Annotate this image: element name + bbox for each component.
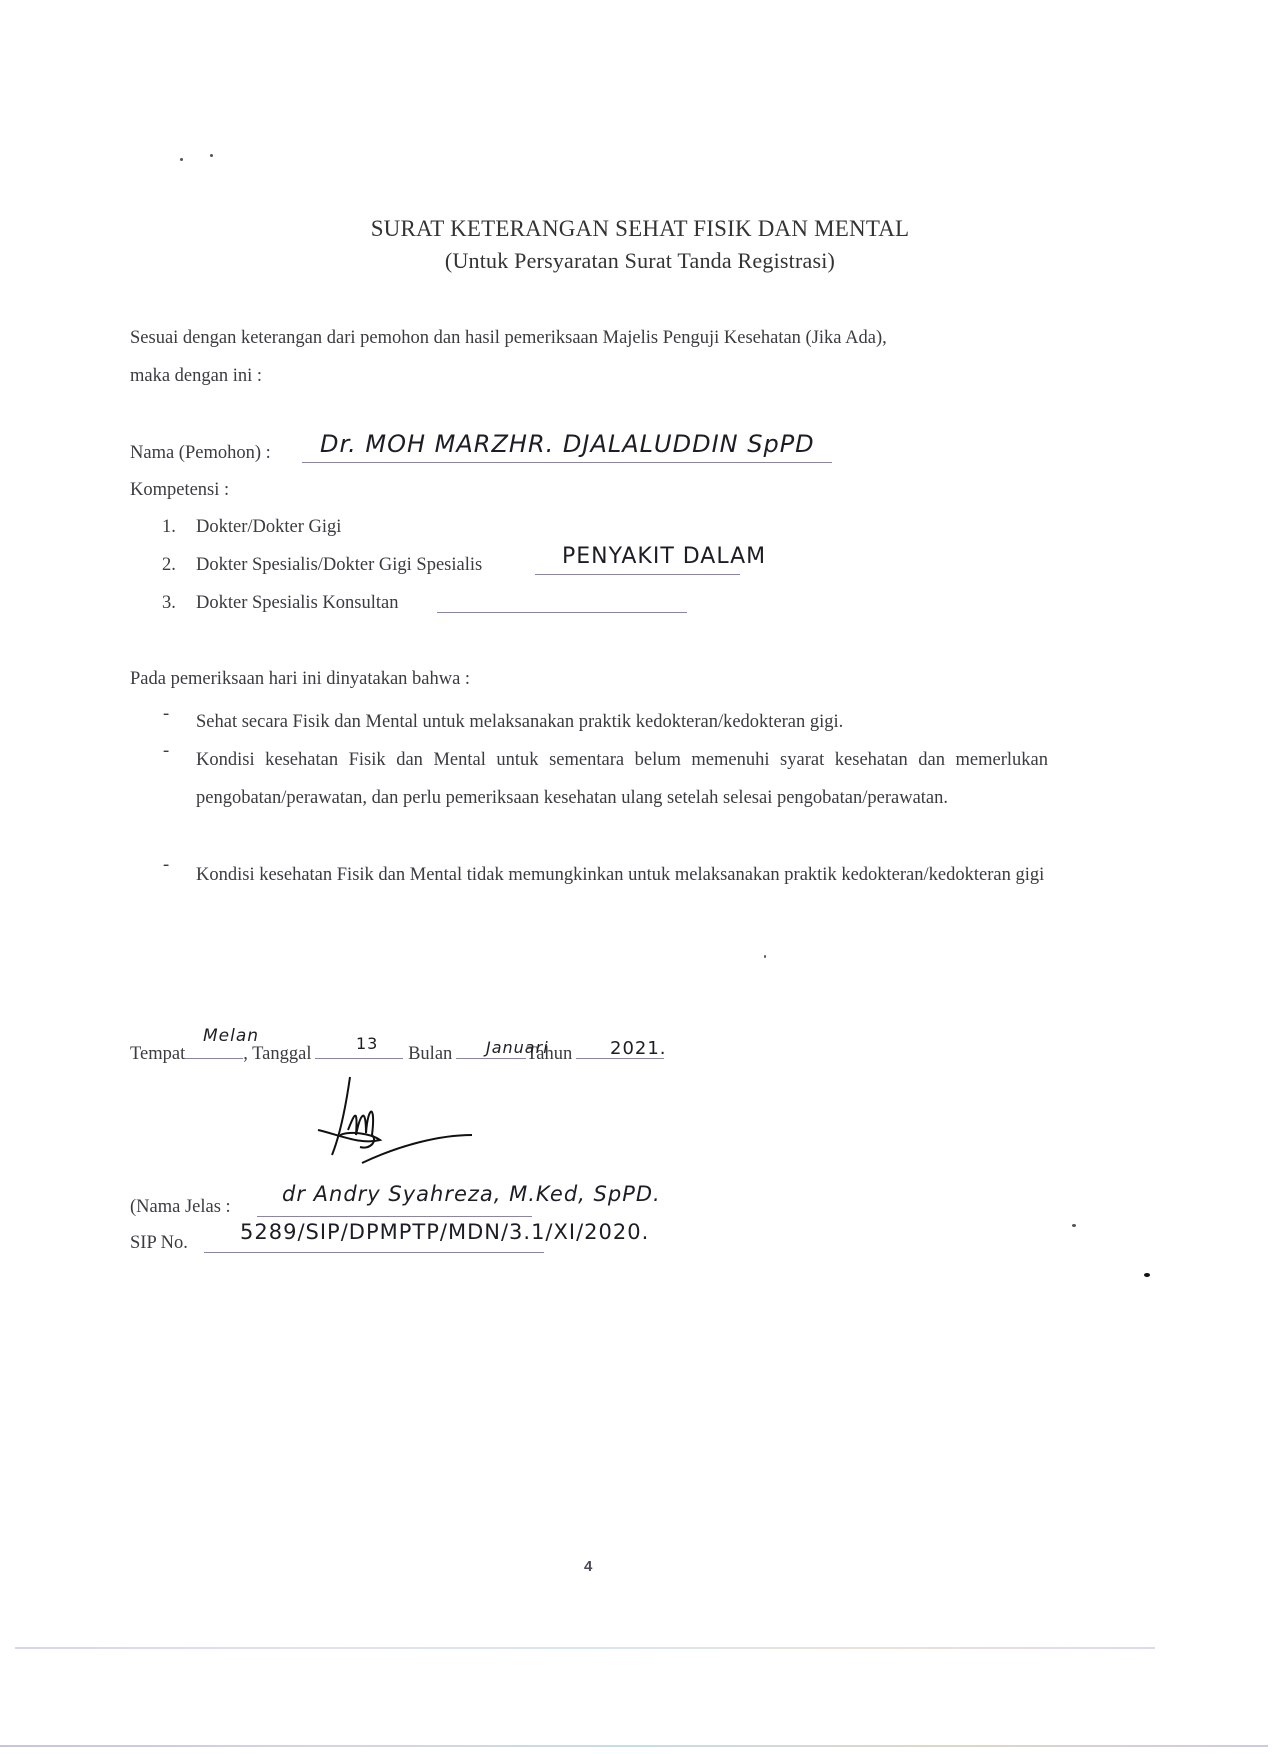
scan-speck (1072, 1224, 1076, 1227)
statement-text: Kondisi kesehatan Fisik dan Mental untuk… (196, 741, 1048, 817)
nama-jelas-label: (Nama Jelas : (130, 1197, 231, 1218)
statement-bullet: - (163, 704, 169, 725)
tanggal-value: 13 (356, 1034, 378, 1053)
bulan-line (456, 1057, 526, 1059)
kompetensi-item: 2.Dokter Spesialis/Dokter Gigi Spesialis (162, 555, 482, 576)
sip-label: SIP No. (130, 1233, 188, 1254)
statement-bullet: - (163, 855, 169, 876)
signature-icon (310, 1075, 480, 1170)
sip-line (204, 1252, 544, 1253)
page-number: 4 (584, 1558, 592, 1575)
scan-speck (1144, 1273, 1150, 1277)
tanggal-label: , Tanggal (243, 1044, 311, 1064)
statement-text: Sehat secara Fisik dan Mental untuk mela… (196, 704, 1048, 741)
tempat-value: Melan (203, 1026, 259, 1046)
konsultan-line (437, 612, 687, 613)
bulan-label: Bulan (408, 1044, 452, 1064)
nama-pemohon-label: Nama (Pemohon) : (130, 443, 271, 464)
scan-speck (180, 158, 183, 161)
sip-value: 5289/SIP/DPMPTP/MDN/3.1/XI/2020. (240, 1220, 649, 1244)
nama-pemohon-value: Dr. MOH MARZHR. DJALALUDDIN SpPD (320, 430, 815, 458)
tanggal-line (315, 1057, 403, 1059)
item-label: Dokter Spesialis Konsultan (196, 593, 398, 613)
item-label: Dokter Spesialis/Dokter Gigi Spesialis (196, 555, 482, 575)
kompetensi-item: 1.Dokter/Dokter Gigi (162, 517, 341, 538)
nama-jelas-value: dr Andry Syahreza, M.Ked, SpPD. (282, 1182, 661, 1206)
scan-edge-line (15, 1647, 1155, 1649)
tahun-value: 2021. (610, 1038, 667, 1059)
tempat-label: Tempat (130, 1044, 185, 1064)
kompetensi-item: 3.Dokter Spesialis Konsultan (162, 593, 398, 614)
item-label: Dokter/Dokter Gigi (196, 517, 341, 537)
nama-pemohon-line (302, 462, 832, 463)
intro-line-1: Sesuai dengan keterangan dari pemohon da… (130, 328, 887, 349)
document-subtitle: (Untuk Persyaratan Surat Tanda Registras… (50, 248, 1230, 274)
pemeriksaan-label: Pada pemeriksaan hari ini dinyatakan bah… (130, 669, 470, 690)
scan-speck (764, 955, 766, 958)
statement-bullet: - (163, 741, 169, 762)
spesialis-value: PENYAKIT DALAM (562, 544, 766, 569)
item-number: 3. (162, 593, 196, 614)
item-number: 2. (162, 555, 196, 576)
document-title: SURAT KETERANGAN SEHAT FISIK DAN MENTAL (50, 216, 1230, 242)
intro-line-2: maka dengan ini : (130, 366, 262, 387)
date-line: Tempat, Tanggal BulanTahun (130, 1044, 664, 1065)
spesialis-line (535, 574, 740, 575)
scan-speck (210, 154, 213, 157)
kompetensi-label: Kompetensi : (130, 480, 229, 501)
statement-text: Kondisi kesehatan Fisik dan Mental tidak… (196, 855, 1048, 895)
bulan-value: Januari (486, 1038, 549, 1057)
nama-jelas-line (257, 1216, 532, 1217)
tempat-line (185, 1057, 243, 1059)
item-number: 1. (162, 517, 196, 538)
scan-edge-line (0, 1745, 1268, 1747)
